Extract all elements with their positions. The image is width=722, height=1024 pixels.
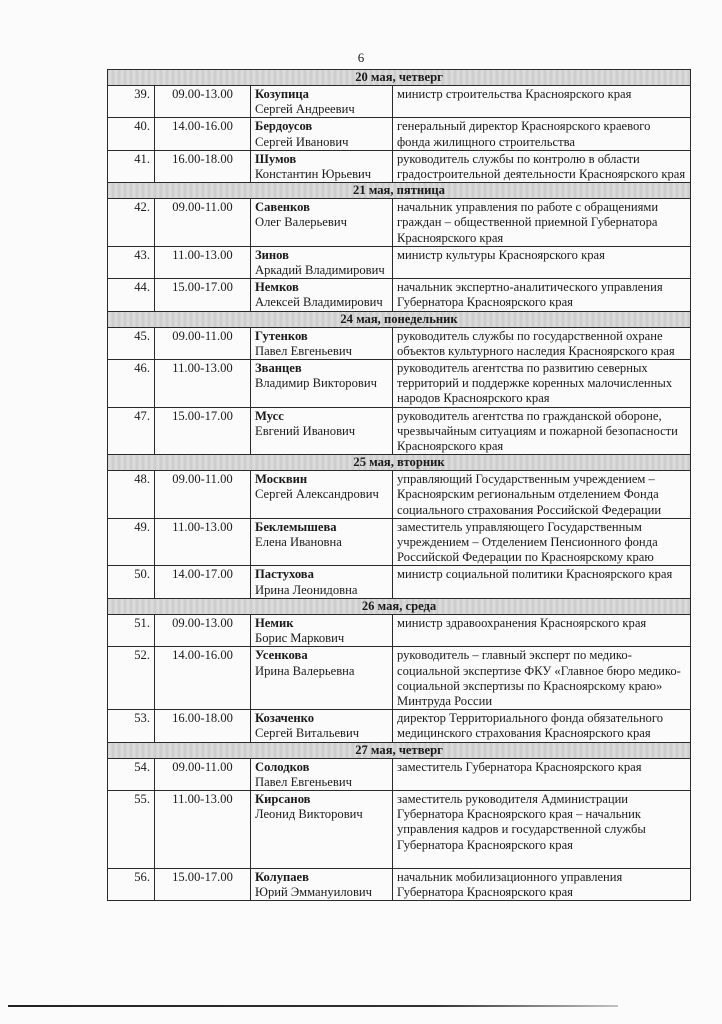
table-row: 53.16.00-18.00КозаченкоСергей Витальевич… bbox=[108, 710, 691, 742]
day-header-row: 27 мая, четверг bbox=[108, 742, 691, 758]
person-given-names: Павел Евгеньевич bbox=[255, 775, 388, 790]
table-row: 55.11.00-13.00КирсановЛеонид Викторовичз… bbox=[108, 790, 691, 868]
day-label: 24 мая, понедельник bbox=[108, 311, 691, 327]
entry-number: 54. bbox=[108, 758, 155, 790]
entry-number: 55. bbox=[108, 790, 155, 868]
entry-person: ШумовКонстантин Юрьевич bbox=[251, 150, 393, 182]
scan-edge-line bbox=[8, 1005, 618, 1007]
day-header-row: 24 мая, понедельник bbox=[108, 311, 691, 327]
entry-position: начальник мобилизационного управления Гу… bbox=[393, 868, 691, 900]
person-given-names: Алексей Владимирович bbox=[255, 295, 388, 310]
person-given-names: Павел Евгеньевич bbox=[255, 344, 388, 359]
entry-person: НемикБорис Маркович bbox=[251, 614, 393, 646]
table-row: 42.09.00-11.00СавенковОлег Валерьевичнач… bbox=[108, 199, 691, 247]
day-header-row: 20 мая, четверг bbox=[108, 70, 691, 86]
table-row: 39.09.00-13.00КозупицаСергей Андреевичми… bbox=[108, 86, 691, 118]
person-given-names: Борис Маркович bbox=[255, 631, 388, 646]
entry-time: 15.00-17.00 bbox=[155, 407, 251, 455]
person-surname: Беклемышева bbox=[255, 520, 388, 535]
person-given-names: Евгений Иванович bbox=[255, 424, 388, 439]
entry-number: 50. bbox=[108, 566, 155, 598]
entry-time: 09.00-11.00 bbox=[155, 199, 251, 247]
table-row: 49.11.00-13.00БеклемышеваЕлена Ивановназ… bbox=[108, 518, 691, 566]
person-given-names: Олег Валерьевич bbox=[255, 215, 388, 230]
entry-position: руководитель службы по государственной о… bbox=[393, 327, 691, 359]
person-given-names: Аркадий Владимирович bbox=[255, 263, 388, 278]
entry-person: КолупаевЮрий Эммануилович bbox=[251, 868, 393, 900]
person-given-names: Сергей Витальевич bbox=[255, 726, 388, 741]
entry-number: 45. bbox=[108, 327, 155, 359]
person-surname: Немик bbox=[255, 616, 388, 631]
person-surname: Пастухова bbox=[255, 567, 388, 582]
entry-time: 14.00-17.00 bbox=[155, 566, 251, 598]
person-surname: Козупица bbox=[255, 87, 388, 102]
person-given-names: Юрий Эммануилович bbox=[255, 885, 388, 900]
person-given-names: Елена Ивановна bbox=[255, 535, 388, 550]
person-surname: Немков bbox=[255, 280, 388, 295]
entry-time: 11.00-13.00 bbox=[155, 360, 251, 408]
entry-number: 39. bbox=[108, 86, 155, 118]
entry-person: ПастуховаИрина Леонидовна bbox=[251, 566, 393, 598]
entry-person: ЗиновАркадий Владимирович bbox=[251, 246, 393, 278]
entry-number: 44. bbox=[108, 279, 155, 311]
entry-position: руководитель – главный эксперт по медико… bbox=[393, 647, 691, 710]
entry-number: 52. bbox=[108, 647, 155, 710]
person-surname: Колупаев bbox=[255, 870, 388, 885]
entry-position: министр социальной политики Красноярског… bbox=[393, 566, 691, 598]
person-given-names: Сергей Иванович bbox=[255, 135, 388, 150]
table-row: 50.14.00-17.00ПастуховаИрина Леонидовнам… bbox=[108, 566, 691, 598]
person-surname: Гутенков bbox=[255, 329, 388, 344]
table-row: 47.15.00-17.00МуссЕвгений Ивановичруково… bbox=[108, 407, 691, 455]
entry-number: 56. bbox=[108, 868, 155, 900]
person-surname: Мусс bbox=[255, 409, 388, 424]
entry-person: НемковАлексей Владимирович bbox=[251, 279, 393, 311]
entry-person: КозупицаСергей Андреевич bbox=[251, 86, 393, 118]
person-surname: Козаченко bbox=[255, 711, 388, 726]
schedule-table: 20 мая, четверг39.09.00-13.00КозупицаСер… bbox=[107, 69, 691, 901]
entry-number: 49. bbox=[108, 518, 155, 566]
entry-person: ГутенковПавел Евгеньевич bbox=[251, 327, 393, 359]
entry-person: УсенковаИрина Валерьевна bbox=[251, 647, 393, 710]
person-surname: Савенков bbox=[255, 200, 388, 215]
person-given-names: Леонид Викторович bbox=[255, 807, 388, 822]
entry-number: 43. bbox=[108, 246, 155, 278]
table-row: 54.09.00-11.00СолодковПавел Евгеньевичза… bbox=[108, 758, 691, 790]
person-surname: Усенкова bbox=[255, 648, 388, 663]
day-header-row: 26 мая, среда bbox=[108, 598, 691, 614]
day-header-row: 25 мая, вторник bbox=[108, 455, 691, 471]
person-surname: Солодков bbox=[255, 760, 388, 775]
entry-time: 14.00-16.00 bbox=[155, 647, 251, 710]
entry-position: министр строительства Красноярского края bbox=[393, 86, 691, 118]
entry-person: КозаченкоСергей Витальевич bbox=[251, 710, 393, 742]
entry-position: руководитель службы по контролю в област… bbox=[393, 150, 691, 182]
entry-number: 53. bbox=[108, 710, 155, 742]
entry-position: руководитель агентства по гражданской об… bbox=[393, 407, 691, 455]
person-surname: Зинов bbox=[255, 248, 388, 263]
day-label: 27 мая, четверг bbox=[108, 742, 691, 758]
person-given-names: Сергей Андреевич bbox=[255, 102, 388, 117]
entry-time: 11.00-13.00 bbox=[155, 790, 251, 868]
entry-position: заместитель Губернатора Красноярского кр… bbox=[393, 758, 691, 790]
entry-position: управляющий Государственным учреждением … bbox=[393, 471, 691, 519]
person-surname: Кирсанов bbox=[255, 792, 388, 807]
person-surname: Москвин bbox=[255, 472, 388, 487]
entry-number: 48. bbox=[108, 471, 155, 519]
person-given-names: Сергей Александрович bbox=[255, 487, 388, 502]
entry-time: 09.00-11.00 bbox=[155, 471, 251, 519]
day-header-row: 21 мая, пятница bbox=[108, 183, 691, 199]
entry-time: 09.00-13.00 bbox=[155, 86, 251, 118]
person-given-names: Владимир Викторович bbox=[255, 376, 388, 391]
entry-person: КирсановЛеонид Викторович bbox=[251, 790, 393, 868]
table-row: 51.09.00-13.00НемикБорис Марковичминистр… bbox=[108, 614, 691, 646]
table-row: 46.11.00-13.00ЗванцевВладимир Викторович… bbox=[108, 360, 691, 408]
entry-time: 16.00-18.00 bbox=[155, 150, 251, 182]
entry-time: 16.00-18.00 bbox=[155, 710, 251, 742]
table-row: 44.15.00-17.00НемковАлексей Владимирович… bbox=[108, 279, 691, 311]
day-label: 21 мая, пятница bbox=[108, 183, 691, 199]
entry-person: СавенковОлег Валерьевич bbox=[251, 199, 393, 247]
person-surname: Шумов bbox=[255, 152, 388, 167]
entry-time: 09.00-11.00 bbox=[155, 758, 251, 790]
person-surname: Бердоусов bbox=[255, 119, 388, 134]
entry-number: 46. bbox=[108, 360, 155, 408]
table-row: 45.09.00-11.00ГутенковПавел Евгеньевичру… bbox=[108, 327, 691, 359]
entry-position: министр культуры Красноярского края bbox=[393, 246, 691, 278]
table-row: 48.09.00-11.00МосквинСергей Александрови… bbox=[108, 471, 691, 519]
page-number: 6 bbox=[0, 50, 722, 66]
entry-position: генеральный директор Красноярского краев… bbox=[393, 118, 691, 150]
table-row: 56.15.00-17.00КолупаевЮрий Эммануиловичн… bbox=[108, 868, 691, 900]
entry-time: 11.00-13.00 bbox=[155, 518, 251, 566]
entry-number: 47. bbox=[108, 407, 155, 455]
day-label: 26 мая, среда bbox=[108, 598, 691, 614]
entry-time: 14.00-16.00 bbox=[155, 118, 251, 150]
entry-person: МуссЕвгений Иванович bbox=[251, 407, 393, 455]
table-row: 52.14.00-16.00УсенковаИрина Валерьевнару… bbox=[108, 647, 691, 710]
person-given-names: Ирина Валерьевна bbox=[255, 664, 388, 679]
person-given-names: Константин Юрьевич bbox=[255, 167, 388, 182]
entry-position: директор Территориального фонда обязател… bbox=[393, 710, 691, 742]
table-row: 40.14.00-16.00БердоусовСергей Ивановичге… bbox=[108, 118, 691, 150]
person-surname: Званцев bbox=[255, 361, 388, 376]
entry-time: 15.00-17.00 bbox=[155, 868, 251, 900]
entry-time: 09.00-11.00 bbox=[155, 327, 251, 359]
entry-person: СолодковПавел Евгеньевич bbox=[251, 758, 393, 790]
entry-person: ЗванцевВладимир Викторович bbox=[251, 360, 393, 408]
entry-position: заместитель руководителя Администрации Г… bbox=[393, 790, 691, 868]
entry-position: начальник управления по работе с обращен… bbox=[393, 199, 691, 247]
entry-position: министр здравоохранения Красноярского кр… bbox=[393, 614, 691, 646]
entry-person: БердоусовСергей Иванович bbox=[251, 118, 393, 150]
entry-person: БеклемышеваЕлена Ивановна bbox=[251, 518, 393, 566]
entry-number: 41. bbox=[108, 150, 155, 182]
table-row: 41.16.00-18.00ШумовКонстантин Юрьевичрук… bbox=[108, 150, 691, 182]
day-label: 20 мая, четверг bbox=[108, 70, 691, 86]
day-label: 25 мая, вторник bbox=[108, 455, 691, 471]
entry-time: 11.00-13.00 bbox=[155, 246, 251, 278]
entry-number: 42. bbox=[108, 199, 155, 247]
entry-position: заместитель управляющего Государственным… bbox=[393, 518, 691, 566]
entry-position: начальник экспертно-аналитического управ… bbox=[393, 279, 691, 311]
entry-position: руководитель агентства по развитию север… bbox=[393, 360, 691, 408]
entry-number: 51. bbox=[108, 614, 155, 646]
table-row: 43.11.00-13.00ЗиновАркадий Владимировичм… bbox=[108, 246, 691, 278]
entry-time: 09.00-13.00 bbox=[155, 614, 251, 646]
person-given-names: Ирина Леонидовна bbox=[255, 583, 388, 598]
entry-person: МосквинСергей Александрович bbox=[251, 471, 393, 519]
entry-number: 40. bbox=[108, 118, 155, 150]
entry-time: 15.00-17.00 bbox=[155, 279, 251, 311]
